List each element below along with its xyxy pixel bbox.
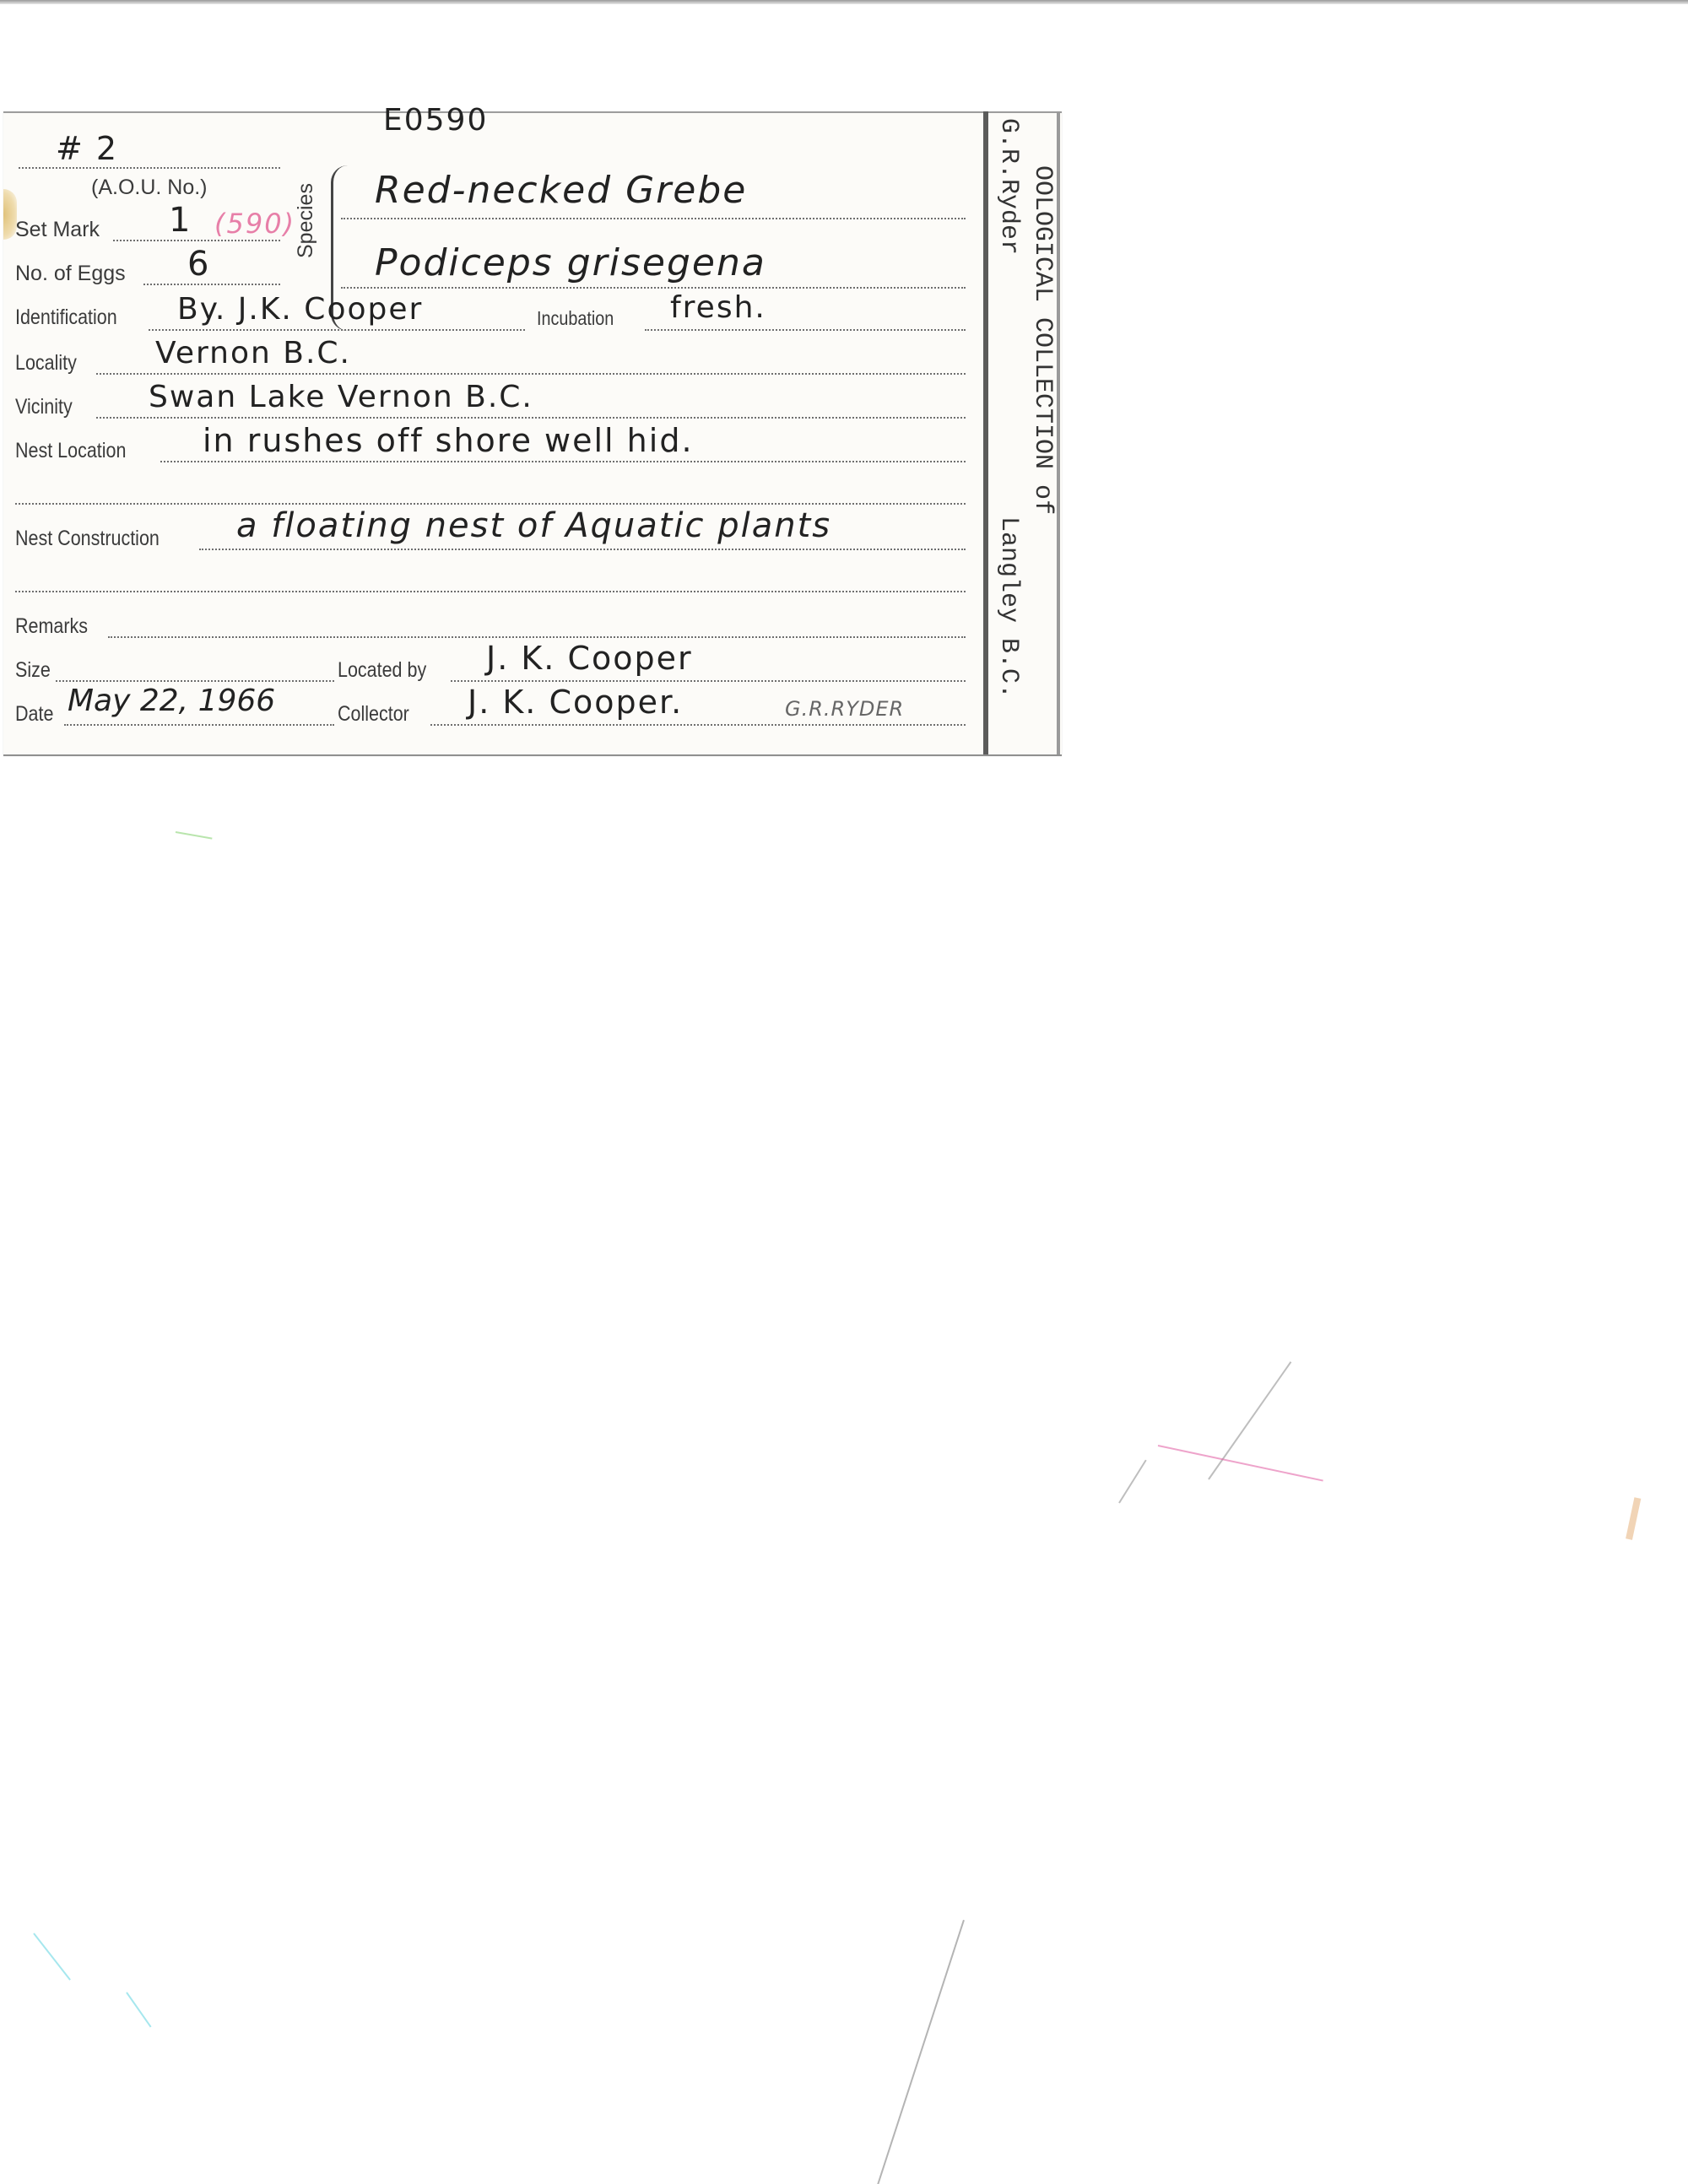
- nest-construction-value: a floating nest of Aquatic plants: [236, 506, 831, 545]
- date-value: May 22, 1966: [68, 684, 275, 718]
- set-mark-label: Set Mark: [15, 218, 100, 242]
- nest-location-value: in rushes off shore well hid.: [203, 422, 694, 459]
- located-by-label: Located by: [338, 658, 426, 683]
- species-common-name: Red-necked Grebe: [375, 169, 747, 212]
- collector-annotation: G.R.RYDER: [785, 697, 904, 721]
- cyan-streak-2: [126, 1992, 151, 2027]
- nest-location-line: [160, 461, 966, 462]
- nest-location-label: Nest Location: [15, 439, 126, 463]
- locality-value: Vernon B.C.: [155, 336, 351, 370]
- nest-construction-line: [199, 549, 966, 550]
- species-common-line: [341, 218, 966, 219]
- species-label: Species: [294, 183, 318, 258]
- scan-edge: [0, 0, 1688, 4]
- vicinity-label: Vicinity: [15, 395, 73, 419]
- located-by-line: [451, 680, 966, 682]
- pencil-streak-3: [877, 1920, 965, 2184]
- orange-mark: [1626, 1497, 1641, 1540]
- aou-line: [19, 167, 280, 169]
- identification-value: By. J.K. Cooper: [177, 292, 423, 327]
- catalog-number: E0590: [383, 103, 488, 138]
- vicinity-line: [96, 417, 966, 419]
- collector-label: Collector: [338, 702, 409, 727]
- date-label: Date: [15, 702, 53, 727]
- pink-streak: [1158, 1445, 1323, 1482]
- set-mark-annotation: (590): [214, 208, 295, 240]
- aou-label: (A.O.U. No.): [91, 176, 208, 200]
- collection-title: OOLOGICAL COLLECTION of: [1028, 165, 1057, 515]
- green-mark: [176, 831, 213, 840]
- remarks-label: Remarks: [15, 614, 88, 639]
- egg-data-card: E0590 # 2 (A.O.U. No.) Set Mark 1 (590) …: [3, 111, 1062, 756]
- cyan-streak: [33, 1933, 71, 1980]
- collector-line: [430, 724, 966, 726]
- remarks-line: [108, 636, 966, 638]
- identification-label: Identification: [15, 305, 117, 330]
- card-right-edge: [1057, 111, 1060, 754]
- collector-name-stamp: G.R.Ryder: [994, 118, 1023, 255]
- species-scientific-line: [341, 287, 966, 289]
- located-by-value: J. K. Cooper: [486, 640, 693, 677]
- collector-value: J. K. Cooper.: [468, 684, 683, 721]
- identification-line: [149, 329, 525, 331]
- side-panel-rule: [983, 111, 988, 754]
- no-of-eggs-value: 6: [187, 245, 210, 284]
- nest-location-line-2: [15, 503, 966, 505]
- aou-number-value: # 2: [56, 130, 118, 167]
- size-line: [56, 680, 334, 682]
- incubation-value: fresh.: [670, 290, 766, 325]
- locality-label: Locality: [15, 351, 77, 376]
- nest-construction-line-2: [15, 591, 966, 592]
- species-scientific-name: Podiceps grisegena: [375, 241, 766, 284]
- collection-place-stamp: Langley B.C.: [994, 516, 1023, 699]
- nest-construction-label: Nest Construction: [15, 527, 160, 551]
- no-of-eggs-line: [143, 284, 280, 285]
- date-line: [64, 724, 334, 726]
- incubation-line: [645, 329, 966, 331]
- pencil-streak-2: [1118, 1460, 1146, 1504]
- vicinity-value: Swan Lake Vernon B.C.: [149, 380, 533, 414]
- size-label: Size: [15, 658, 51, 683]
- set-mark-line: [113, 240, 280, 241]
- incubation-label: Incubation: [537, 307, 614, 330]
- set-mark-value: 1: [169, 201, 192, 240]
- no-of-eggs-label: No. of Eggs: [15, 262, 126, 286]
- pencil-streak: [1208, 1361, 1291, 1479]
- locality-line: [96, 373, 966, 375]
